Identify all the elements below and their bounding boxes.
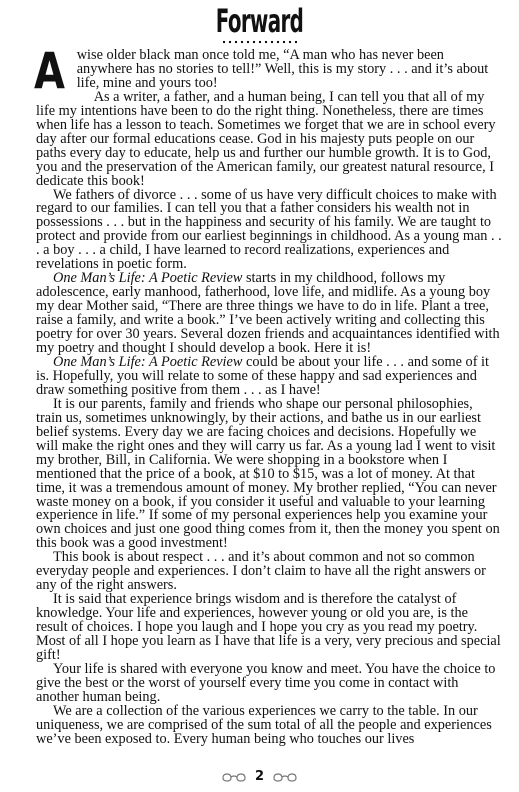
- paragraph-10: We are a collection of the various exper…: [36, 705, 502, 747]
- drop-cap: A: [34, 51, 65, 91]
- paragraph-6: It is our parents, family and friends wh…: [36, 398, 502, 551]
- paragraph-3: We fathers of divorce . . . some of us h…: [36, 189, 502, 273]
- body-text: A wise older black man once told me, “A …: [36, 49, 502, 747]
- paragraph-9: Your life is shared with everyone you kn…: [36, 663, 502, 705]
- paragraph-8: It is said that experience brings wisdom…: [36, 593, 502, 663]
- page-footer: 2: [0, 770, 519, 784]
- eyeglasses-left-icon: [222, 772, 246, 782]
- document-page: Forward A wise older black man once told…: [0, 0, 519, 792]
- title-dotted-underline: [221, 40, 299, 44]
- paragraph-1: A wise older black man once told me, “A …: [36, 49, 502, 91]
- paragraph-5: One Man’s Life: A Poetic Review could be…: [36, 356, 502, 398]
- page-number: 2: [255, 769, 264, 784]
- paragraph-2: As a writer, a father, and a human being…: [36, 91, 502, 189]
- eyeglasses-right-icon: [273, 772, 297, 782]
- paragraph-4: One Man’s Life: A Poetic Review starts i…: [36, 272, 502, 356]
- page-title: Forward: [99, 2, 421, 40]
- paragraph-7: This book is about respect . . . and it’…: [36, 551, 502, 593]
